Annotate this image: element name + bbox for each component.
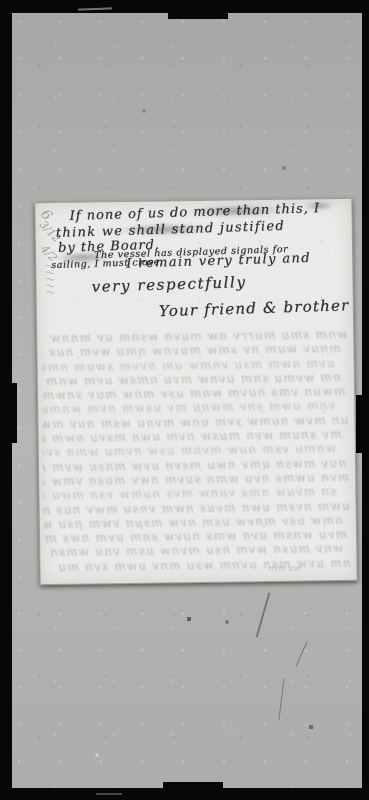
letter-page: 63/124/2≀≀≀≀≀ If none of us do more than… [34,198,357,585]
mount-notch-bottom [163,782,223,788]
ink-bleedthrough: wnm smu murrv nw muvn wsnm uv mnnwmnuv w… [41,327,350,574]
mount-notch-right [356,395,369,453]
dust-specks [0,0,2,2]
film-scratch-dash [96,793,122,795]
mount-notch-top [168,13,228,19]
microfilm-scan: 63/124/2≀≀≀≀≀ If none of us do more than… [0,0,369,800]
bleedthrough-corner-mark: nvm uw [268,564,301,573]
mount-notch-left [0,383,17,443]
handwriting-closing: very respectfully [91,273,246,296]
handwriting-signature: Your friend & brother [159,296,350,320]
film-scratch-dash [78,7,112,10]
